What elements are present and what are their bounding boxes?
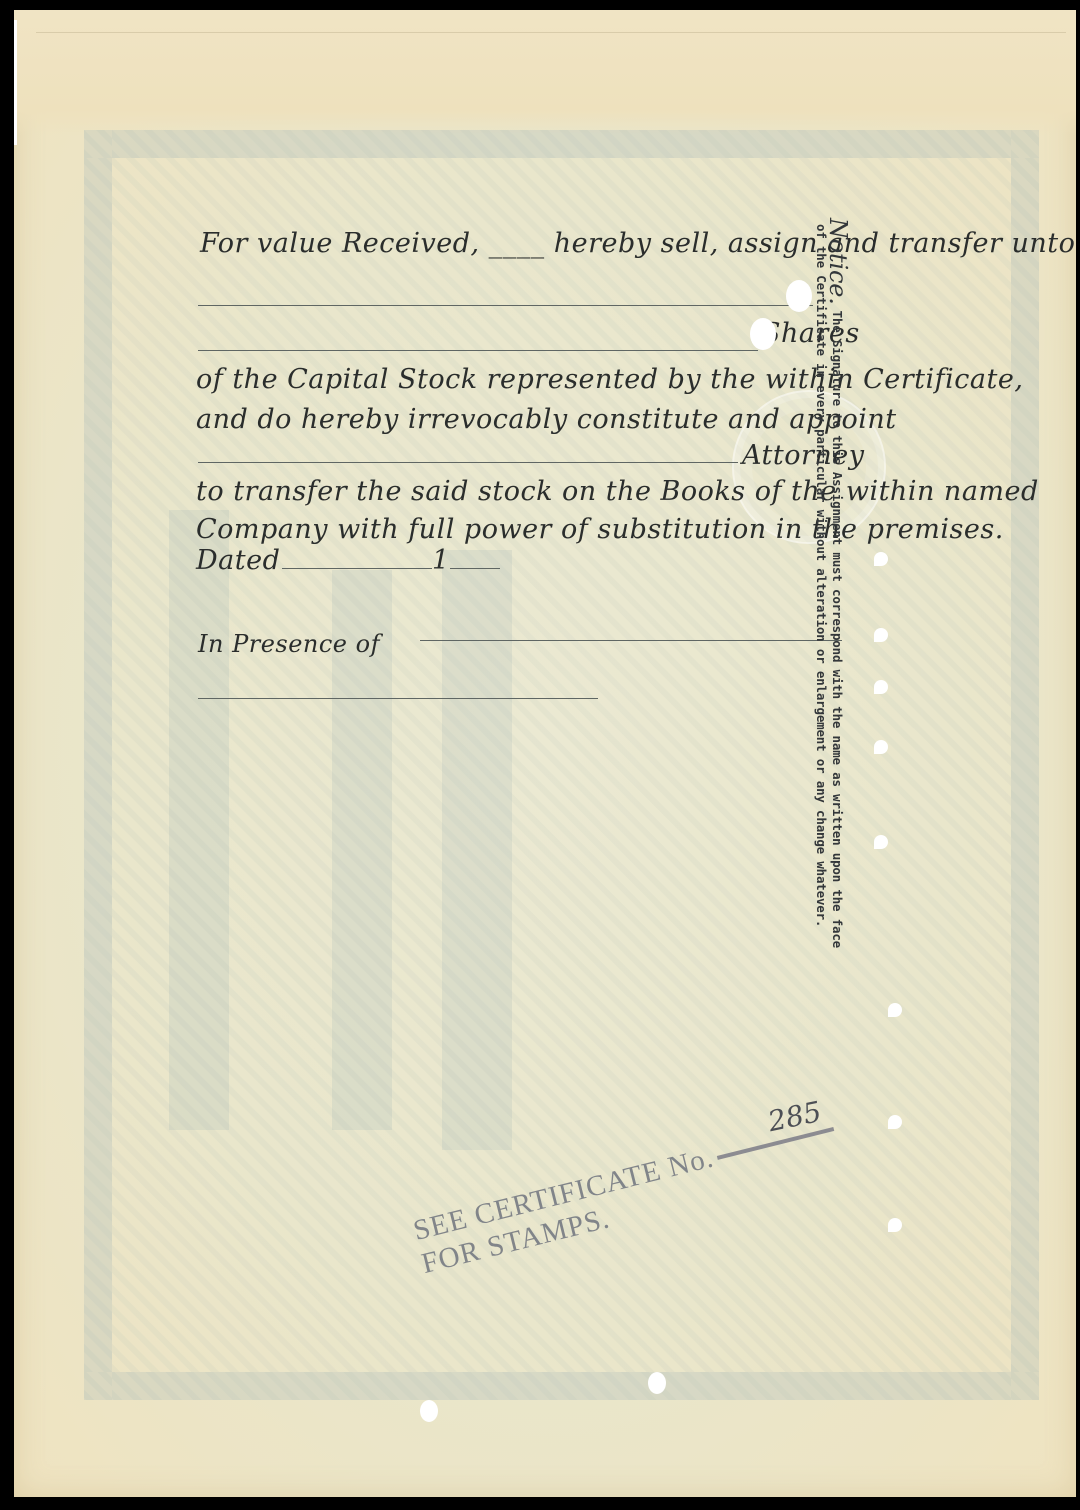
witness-line[interactable]	[198, 698, 598, 699]
fold-edge	[14, 20, 17, 145]
dated-year-prefix: 1	[432, 545, 450, 576]
notice-line-1: Notice.The Signature to this Assignment …	[829, 218, 846, 838]
bleed-through-band	[169, 510, 229, 1130]
shares-line[interactable]	[198, 350, 758, 351]
perforation-notch	[888, 1003, 902, 1017]
punch-hole	[786, 280, 812, 312]
assignment-line-2: of the Capital Stock represented by the …	[196, 364, 1023, 395]
assignment-line-3: and do hereby irrevocably constitute and…	[196, 404, 897, 435]
punch-hole	[420, 1400, 438, 1422]
assignment-line-1: For value Received, ____ hereby sell, as…	[200, 228, 1075, 259]
perforation-notch	[888, 1115, 902, 1129]
dated-year-line[interactable]	[450, 568, 500, 569]
fold-crease	[36, 32, 1066, 33]
presence-label: In Presence of	[198, 630, 380, 658]
assignment-line-4: to transfer the said stock on the Books …	[196, 476, 1039, 507]
perforation-notch	[874, 628, 888, 642]
perforation-notch	[888, 1218, 902, 1232]
attorney-label: Attorney	[742, 440, 865, 471]
assignment-line-5: Company with full power of substitution …	[196, 514, 1004, 545]
attorney-line[interactable]	[198, 462, 738, 463]
folded-top-edge	[14, 10, 1076, 135]
perforation-notch	[874, 740, 888, 754]
dated-label: Dated	[196, 545, 280, 576]
punch-hole	[750, 318, 776, 350]
dated-line[interactable]	[282, 568, 432, 569]
perforation-notch	[874, 835, 888, 849]
transferee-line[interactable]	[198, 305, 813, 306]
perforation-notch	[874, 552, 888, 566]
perforation-notch	[874, 680, 888, 694]
notice-line-2: of the Certificate in every particular w…	[813, 218, 829, 838]
notice-block: Notice.The Signature to this Assignment …	[806, 218, 846, 838]
signature-line[interactable]	[420, 640, 842, 641]
punch-hole	[648, 1372, 666, 1394]
